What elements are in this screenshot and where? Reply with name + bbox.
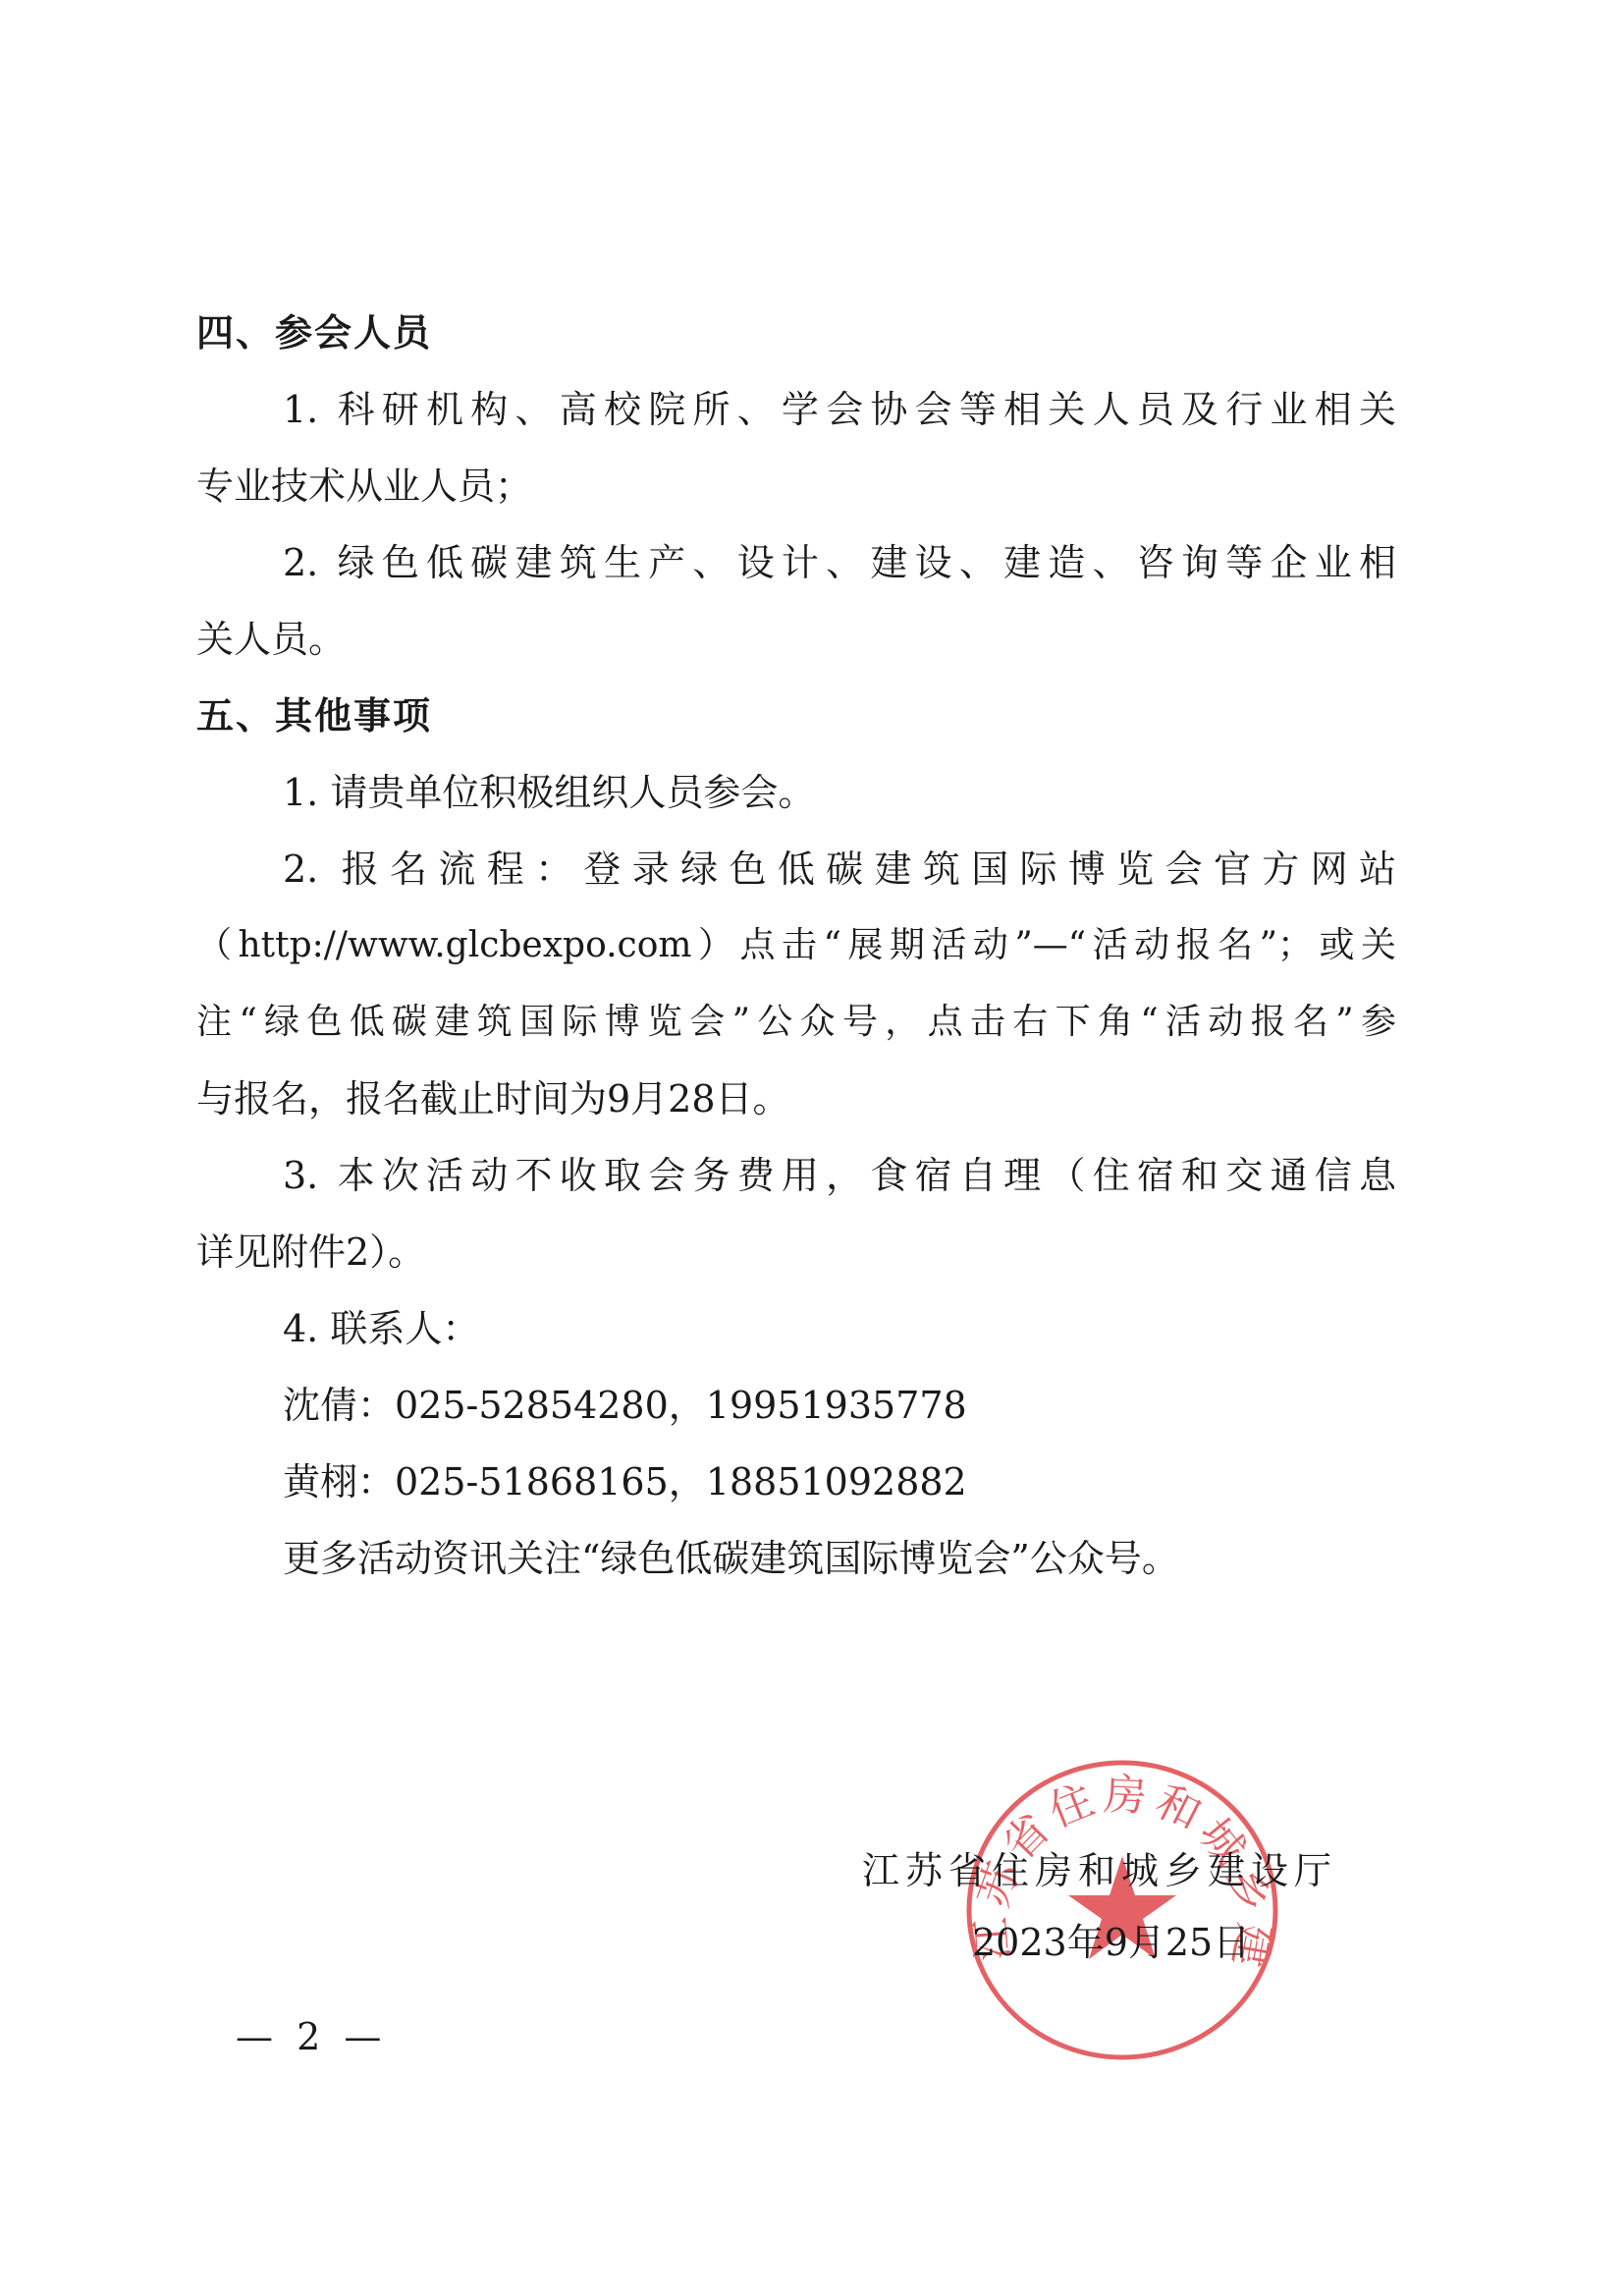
paragraph-line: 专业技术从业人员； <box>196 448 1396 524</box>
paragraph-line: 注“绿色低碳建筑国际博览会”公众号，点击右下角“活动报名”参 <box>196 984 1396 1061</box>
document-page: 四、参会人员 1. 科研机构、高校院所、学会协会等相关人员及行业相关 专业技术从… <box>0 0 1623 2296</box>
paragraph-line: 1. 请贵单位积极组织人员参会。 <box>196 754 1396 831</box>
issuing-organization: 江苏省住房和城乡建设厅 <box>862 1846 1337 1895</box>
paragraph-line: 详见附件2）。 <box>196 1214 1396 1290</box>
issue-date: 2023年9月25日 <box>972 1918 1250 1967</box>
registration-url-line: （http://www.glcbexpo.com）点击“展期活动”—“活动报名”… <box>196 907 1396 984</box>
section-heading-attendees: 四、参会人员 <box>196 295 1396 371</box>
document-body: 四、参会人员 1. 科研机构、高校院所、学会协会等相关人员及行业相关 专业技术从… <box>196 295 1396 1597</box>
page-number: — 2 — <box>236 2015 387 2058</box>
more-info-line: 更多活动资讯关注“绿色低碳建筑国际博览会”公众号。 <box>196 1520 1396 1597</box>
paragraph-line: 2. 绿色低碳建筑生产、设计、建设、建造、咨询等企业相 <box>196 524 1396 601</box>
paragraph-line: 关人员。 <box>196 601 1396 678</box>
official-seal-icon: 江苏省住房和城乡建设厅 <box>964 1758 1280 2062</box>
contacts-label: 4. 联系人： <box>196 1290 1396 1367</box>
paragraph-line: 2. 报名流程：登录绿色低碳建筑国际博览会官方网站 <box>196 831 1396 907</box>
paragraph-line: 1. 科研机构、高校院所、学会协会等相关人员及行业相关 <box>196 371 1396 448</box>
paragraph-line: 3. 本次活动不收取会务费用，食宿自理（住宿和交通信息 <box>196 1137 1396 1214</box>
contact-huang-xu: 黄栩：025-51868165，18851092882 <box>196 1444 1396 1520</box>
paragraph-line: 与报名，报名截止时间为9月28日。 <box>196 1061 1396 1137</box>
contact-shen-qian: 沈倩：025-52854280，19951935778 <box>196 1367 1396 1444</box>
section-heading-other-matters: 五、其他事项 <box>196 678 1396 754</box>
